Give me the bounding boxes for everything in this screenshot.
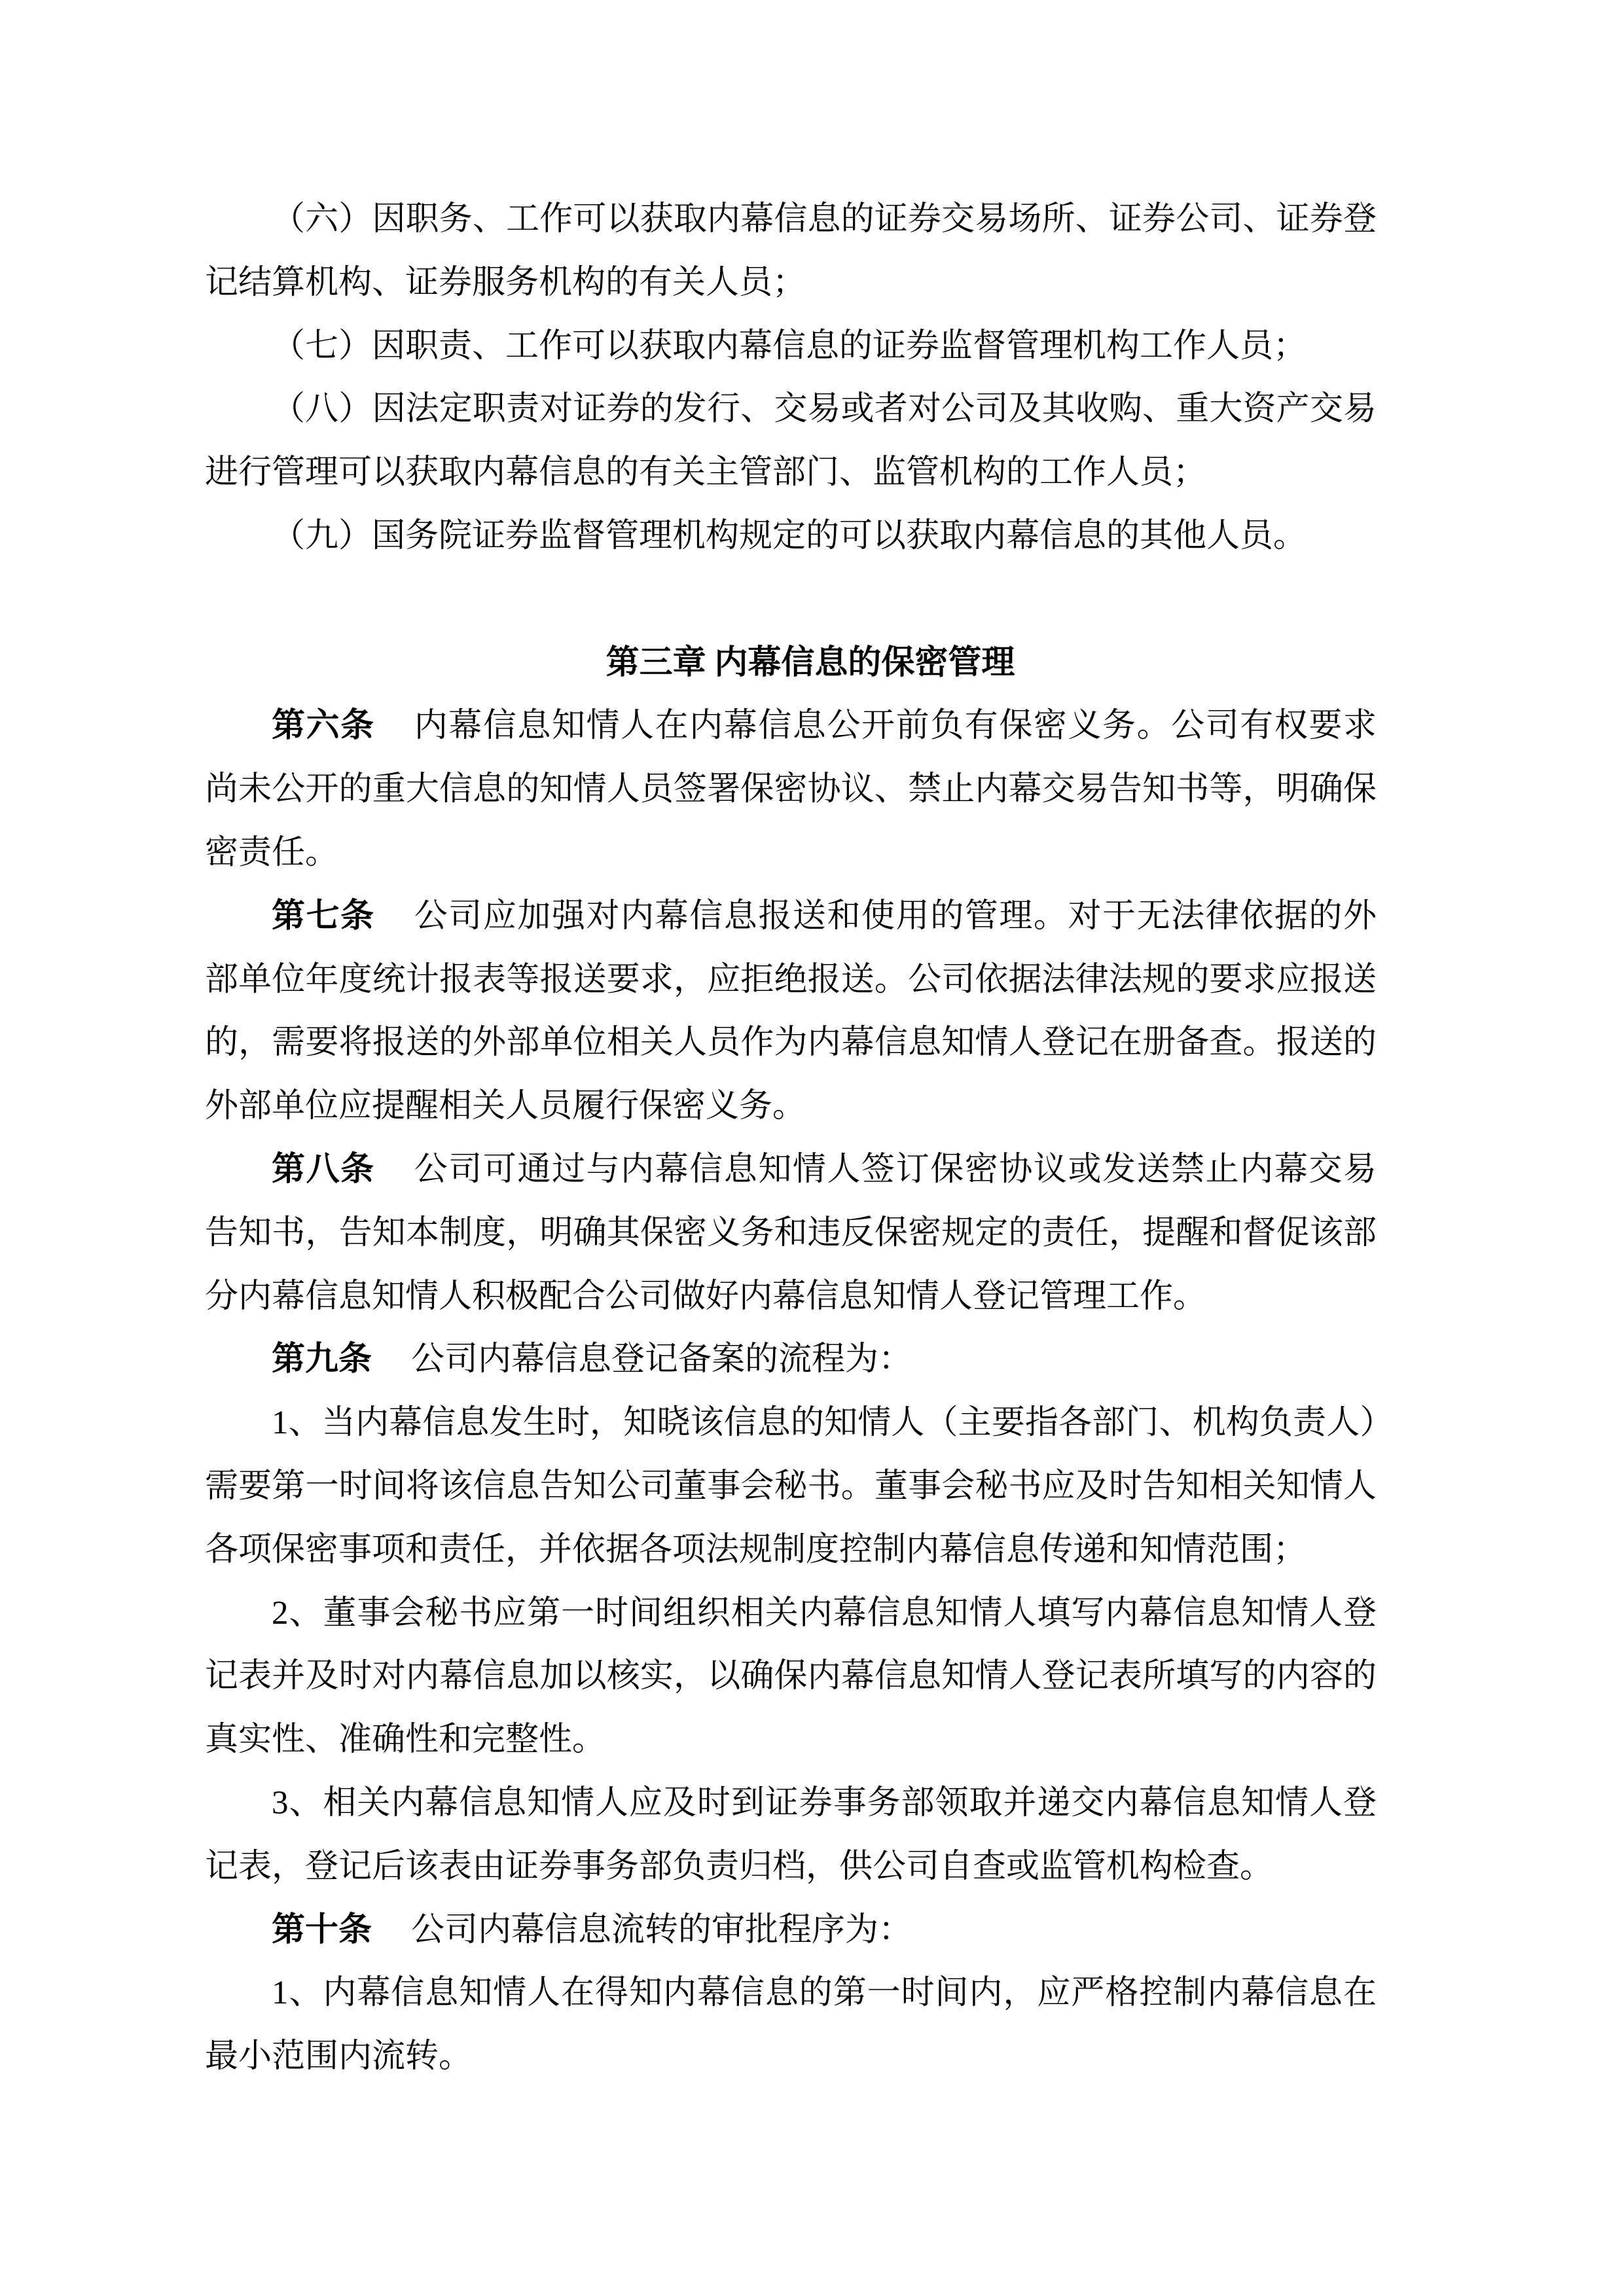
article-10-text: 公司内幕信息流转的审批程序为： bbox=[411, 1912, 912, 1948]
clause-item-8: （八）因法定职责对证券的发行、交易或者对公司及其收购、重大资产交易进行管理可以获… bbox=[205, 378, 1377, 505]
article-6-text: 内幕信息知情人在内幕信息公开前负有保密义务。公司有权要求尚未公开的重大信息的知情… bbox=[205, 708, 1377, 871]
document-page: （六）因职务、工作可以获取内幕信息的证券交易场所、证券公司、证券登记结算机构、证… bbox=[0, 0, 1624, 2296]
clause-text: （七）因职责、工作可以获取内幕信息的证券监督管理机构工作人员； bbox=[272, 328, 1307, 365]
article-7-label: 第七条 bbox=[272, 898, 375, 935]
article-9-text: 公司内幕信息登记备案的流程为： bbox=[411, 1341, 912, 1378]
clause-item-6: （六）因职务、工作可以获取内幕信息的证券交易场所、证券公司、证券登记结算机构、证… bbox=[205, 188, 1377, 315]
article-7-text: 公司应加强对内幕信息报送和使用的管理。对于无法律依据的外部单位年度统计报表等报送… bbox=[205, 898, 1377, 1124]
list-item-1-registration: 1、当内幕信息发生时，知晓该信息的知情人（主要指各部门、机构负责人）需要第一时间… bbox=[205, 1391, 1377, 1581]
document-content: （六）因职务、工作可以获取内幕信息的证券交易场所、证券公司、证券登记结算机构、证… bbox=[205, 188, 1377, 2089]
list-item-text: 1、当内幕信息发生时，知晓该信息的知情人（主要指各部门、机构负责人）需要第一时间… bbox=[205, 1405, 1377, 1568]
clause-text: （九）国务院证券监督管理机构规定的可以获取内幕信息的其他人员。 bbox=[272, 518, 1307, 554]
clause-item-9: （九）国务院证券监督管理机构规定的可以获取内幕信息的其他人员。 bbox=[205, 505, 1377, 568]
article-8-label: 第八条 bbox=[272, 1151, 375, 1188]
chapter-3-heading: 第三章 内幕信息的保密管理 bbox=[225, 632, 1396, 695]
chapter-heading-text: 第三章 内幕信息的保密管理 bbox=[606, 645, 1015, 681]
list-item-3-registration: 3、相关内幕信息知情人应及时到证券事务部领取并递交内幕信息知情人登记表，登记后该… bbox=[205, 1772, 1377, 1899]
clause-text: （六）因职务、工作可以获取内幕信息的证券交易场所、证券公司、证券登记结算机构、证… bbox=[205, 201, 1377, 301]
list-item-1-circulation: 1、内幕信息知情人在得知内幕信息的第一时间内，应严格控制内幕信息在最小范围内流转… bbox=[205, 1962, 1377, 2089]
list-item-2-registration: 2、董事会秘书应第一时间组织相关内幕信息知情人填写内幕信息知情人登记表并及时对内… bbox=[205, 1582, 1377, 1772]
article-10-label: 第十条 bbox=[272, 1912, 372, 1948]
article-7: 第七条公司应加强对内幕信息报送和使用的管理。对于无法律依据的外部单位年度统计报表… bbox=[205, 885, 1377, 1138]
list-item-text: 2、董事会秘书应第一时间组织相关内幕信息知情人填写内幕信息知情人登记表并及时对内… bbox=[205, 1595, 1377, 1759]
clause-text: （八）因法定职责对证券的发行、交易或者对公司及其收购、重大资产交易进行管理可以获… bbox=[205, 391, 1377, 491]
list-item-text: 1、内幕信息知情人在得知内幕信息的第一时间内，应严格控制内幕信息在最小范围内流转… bbox=[205, 1975, 1377, 2075]
article-10: 第十条公司内幕信息流转的审批程序为： bbox=[205, 1899, 1377, 1962]
list-item-text: 3、相关内幕信息知情人应及时到证券事务部领取并递交内幕信息知情人登记表，登记后该… bbox=[205, 1785, 1377, 1885]
article-6-label: 第六条 bbox=[272, 708, 375, 744]
article-8-text: 公司可通过与内幕信息知情人签订保密协议或发送禁止内幕交易告知书，告知本制度，明确… bbox=[205, 1151, 1377, 1315]
article-8: 第八条公司可通过与内幕信息知情人签订保密协议或发送禁止内幕交易告知书，告知本制度… bbox=[205, 1138, 1377, 1328]
article-9-label: 第九条 bbox=[272, 1341, 372, 1378]
clause-item-7: （七）因职责、工作可以获取内幕信息的证券监督管理机构工作人员； bbox=[205, 315, 1377, 378]
article-9: 第九条公司内幕信息登记备案的流程为： bbox=[205, 1328, 1377, 1391]
article-6: 第六条内幕信息知情人在内幕信息公开前负有保密义务。公司有权要求尚未公开的重大信息… bbox=[205, 694, 1377, 884]
